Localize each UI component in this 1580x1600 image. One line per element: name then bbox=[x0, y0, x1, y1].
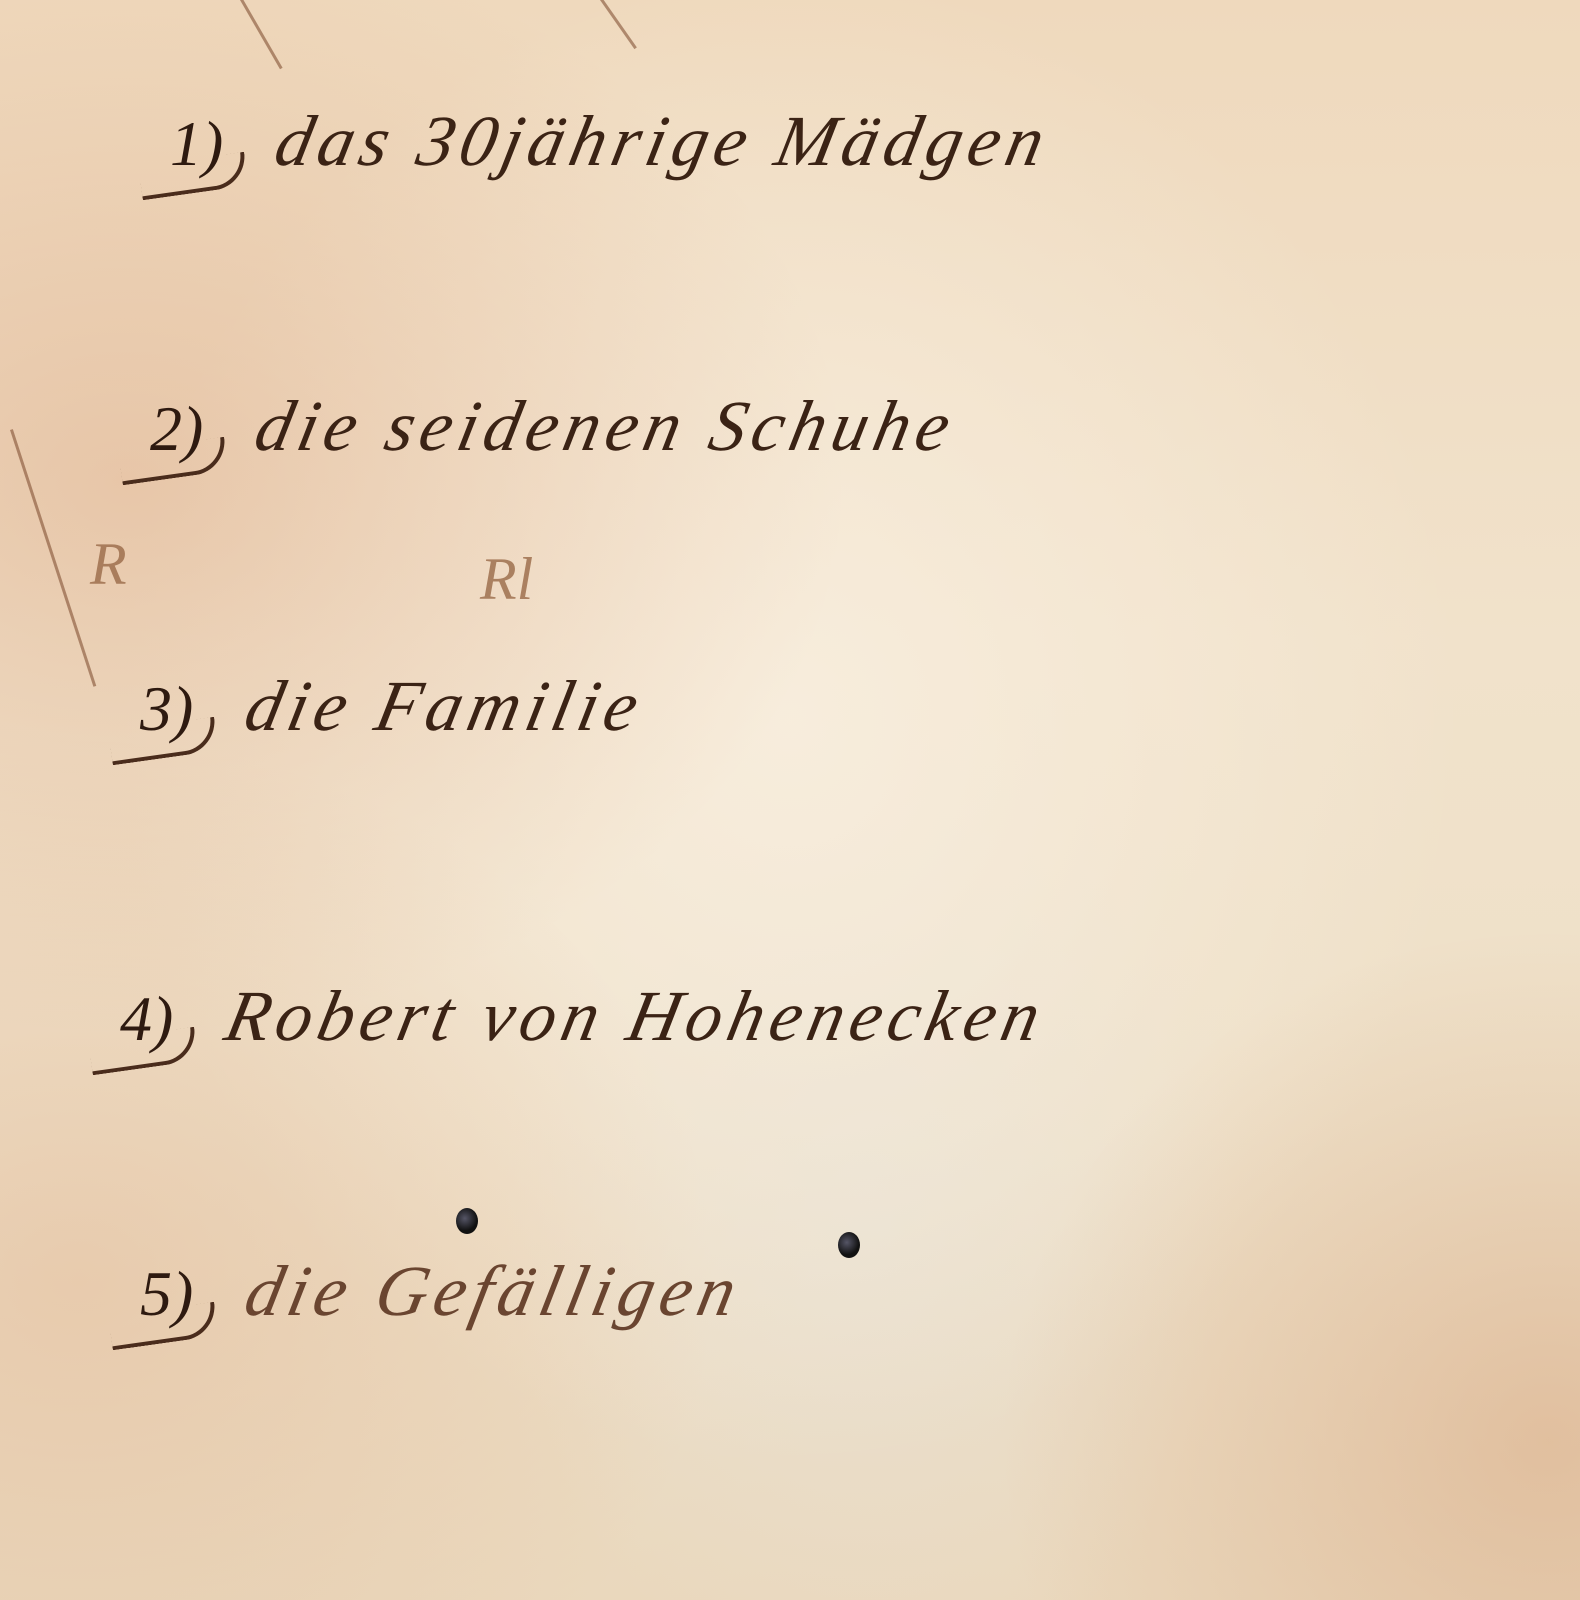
interlinear-annotation: Rl bbox=[480, 545, 533, 614]
top-stroke bbox=[600, 0, 637, 49]
list-item-1: 1) das 30jährige Mädgen bbox=[170, 100, 1049, 183]
item-text: die seidenen Schuhe bbox=[248, 385, 963, 468]
paper-hole bbox=[456, 1208, 478, 1234]
margin-stroke bbox=[10, 429, 96, 687]
manuscript-page: 1) das 30jährige Mädgen 2) die seidenen … bbox=[0, 0, 1580, 1600]
paper-hole bbox=[838, 1232, 860, 1258]
item-number: 4) bbox=[120, 982, 187, 1056]
list-item-5: 5) die Gefälligen bbox=[140, 1250, 741, 1333]
list-item-3: 3) die Familie bbox=[140, 665, 643, 748]
item-number: 1) bbox=[170, 107, 237, 181]
item-text: Robert von Hohenecken bbox=[218, 975, 1053, 1058]
list-item-2: 2) die seidenen Schuhe bbox=[150, 385, 955, 468]
item-number: 2) bbox=[150, 392, 217, 466]
top-stroke bbox=[240, 0, 283, 69]
margin-annotation: R bbox=[90, 530, 127, 599]
item-text: das 30jährige Mädgen bbox=[268, 100, 1058, 183]
item-text: die Familie bbox=[238, 665, 652, 748]
list-item-4: 4) Robert von Hohenecken bbox=[120, 975, 1045, 1058]
item-number: 3) bbox=[140, 672, 207, 746]
item-text: die Gefälligen bbox=[238, 1250, 750, 1333]
item-number: 5) bbox=[140, 1257, 207, 1331]
